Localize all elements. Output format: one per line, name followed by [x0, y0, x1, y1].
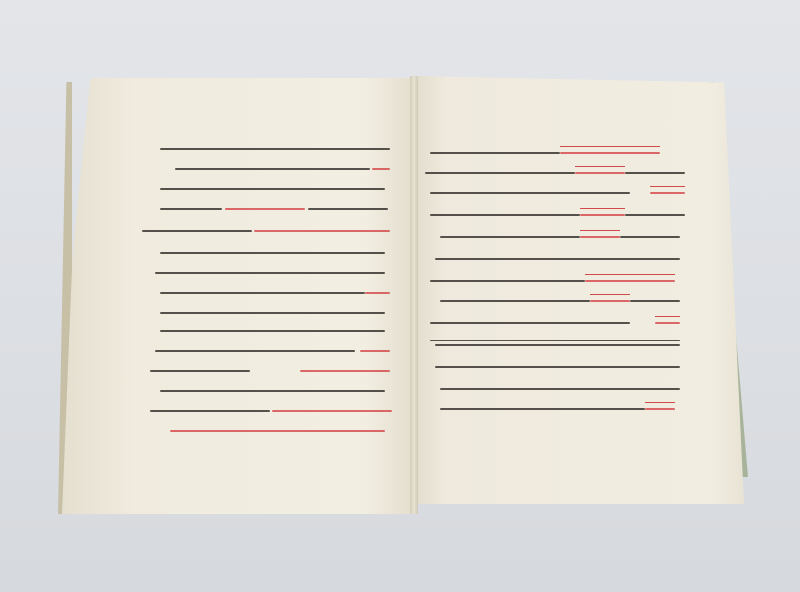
right-handwritten-text-line [435, 344, 680, 346]
left-handwritten-rubric-line [365, 292, 390, 294]
left-handwritten-text-line [155, 272, 385, 274]
right-handwritten-text-line [625, 172, 685, 174]
right-handwritten-text-line [430, 214, 580, 216]
right-handwritten-text-line [430, 322, 630, 324]
right-handwritten-text-line [440, 236, 580, 238]
right-handwritten-text-line [440, 388, 680, 390]
red-overline-mark [580, 208, 625, 209]
right-handwritten-rubric-line [590, 300, 630, 302]
left-handwritten-text-line [160, 208, 222, 210]
right-handwritten-text-line [425, 172, 575, 174]
left-handwritten-text-line [155, 350, 355, 352]
left-handwritten-text-line [150, 410, 270, 412]
left-handwritten-text-line [160, 188, 385, 190]
red-overline-mark [645, 402, 675, 403]
red-overline-mark [575, 166, 625, 167]
right-handwritten-text-line [440, 408, 645, 410]
right-handwritten-rubric-line [655, 322, 680, 324]
red-overline-mark [560, 146, 660, 147]
left-handwritten-text-line [160, 252, 385, 254]
right-handwritten-text-line [435, 258, 680, 260]
right-handwritten-text-line [430, 152, 560, 154]
right-handwritten-text-line [620, 236, 680, 238]
left-handwritten-text-line [308, 208, 388, 210]
right-handwritten-rubric-line [645, 408, 675, 410]
left-handwritten-rubric-line [372, 168, 390, 170]
right-handwritten-text-line [435, 366, 680, 368]
left-handwritten-text-line [160, 292, 365, 294]
left-handwritten-text-line [160, 330, 385, 332]
left-page [62, 78, 418, 514]
right-handwritten-rubric-line [650, 192, 685, 194]
right-handwritten-rubric-line [580, 214, 625, 216]
right-handwritten-rubric-line [585, 280, 675, 282]
red-overline-mark [580, 230, 620, 231]
right-handwritten-text-line [430, 280, 585, 282]
left-handwritten-rubric-line [170, 430, 385, 432]
left-handwritten-text-line [160, 390, 385, 392]
left-handwritten-text-line [142, 230, 252, 232]
left-handwritten-rubric-line [272, 410, 392, 412]
red-overline-mark [590, 294, 630, 295]
left-handwritten-text-line [150, 370, 250, 372]
red-overline-mark [650, 186, 685, 187]
book-gutter [410, 76, 418, 514]
right-handwritten-text-line [430, 192, 630, 194]
left-handwritten-text-line [160, 312, 385, 314]
right-handwritten-rubric-line [575, 172, 625, 174]
left-handwritten-rubric-line [225, 208, 305, 210]
right-page [414, 76, 744, 504]
right-handwritten-text-line [630, 300, 680, 302]
right-handwritten-rubric-line [580, 236, 620, 238]
left-handwritten-rubric-line [300, 370, 390, 372]
left-handwritten-rubric-line [254, 230, 390, 232]
right-handwritten-text-line [440, 300, 590, 302]
left-handwritten-text-line [160, 148, 390, 150]
left-handwritten-text-line [175, 168, 370, 170]
right-handwritten-rubric-line [560, 152, 660, 154]
right-page-divider-rule [430, 340, 680, 341]
red-overline-mark [585, 274, 675, 275]
right-handwritten-text-line [625, 214, 685, 216]
left-handwritten-rubric-line [360, 350, 390, 352]
red-overline-mark [655, 316, 680, 317]
open-manuscript [0, 0, 800, 592]
